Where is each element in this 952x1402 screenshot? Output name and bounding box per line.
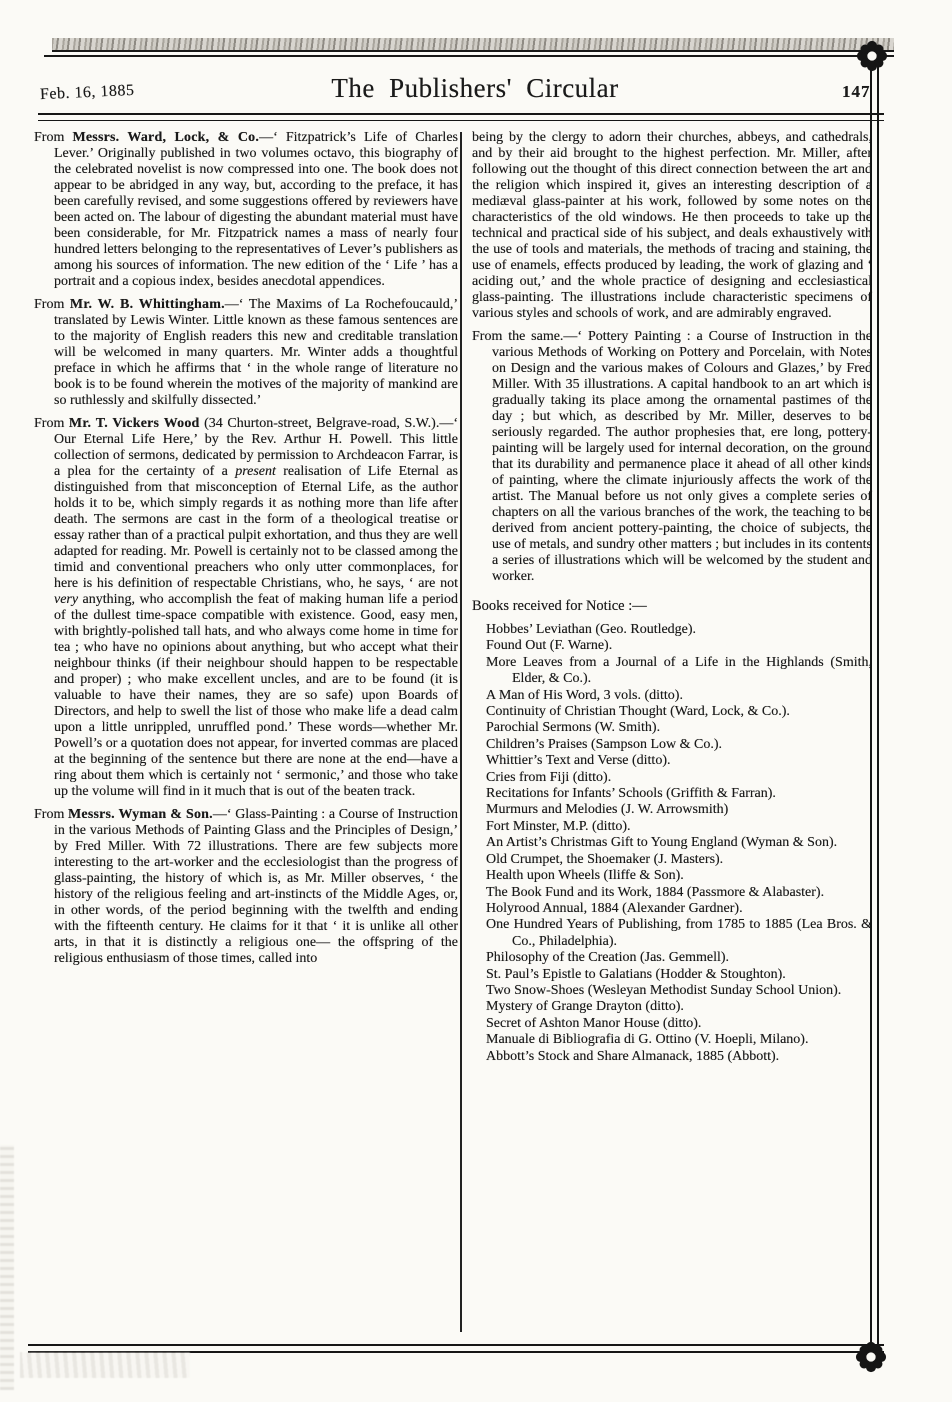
scan-noise	[0, 1145, 14, 1390]
book-list-item: Fort Minster, M.P. (ditto).	[486, 819, 872, 835]
book-list-item: Murmurs and Melodies (J. W. Arrowsmith)	[486, 802, 872, 818]
book-list-item: Health upon Wheels (Iliffe & Son).	[486, 868, 872, 884]
book-list-item: The Book Fund and its Work, 1884 (Passmo…	[486, 885, 872, 901]
book-list-item: Found Out (F. Warne).	[486, 638, 872, 654]
publisher-name: Mr. T. Vickers Wood	[69, 416, 200, 431]
book-list-item: Whittier’s Text and Verse (ditto).	[486, 753, 872, 769]
notice-body: —‘ Glass-Painting : a Course of Instruct…	[54, 807, 458, 966]
book-list-item: Philosophy of the Creation (Jas. Gemmell…	[486, 950, 872, 966]
publisher-name: Messrs. Wyman & Son.	[68, 807, 213, 822]
notice-lead: From	[34, 416, 69, 431]
issue-date: Feb. 16, 1885	[40, 82, 135, 104]
header-rule	[38, 113, 884, 121]
notice-paragraph: From the same.—‘ Pottery Painting : a Co…	[472, 329, 872, 585]
notice-body: —‘ Fitzpatrick’s Life of Charles Lever.’…	[54, 130, 458, 289]
content-columns: From Messrs. Ward, Lock, & Co.—‘ Fitzpat…	[34, 130, 872, 1336]
book-list-item: An Artist’s Christmas Gift to Young Engl…	[486, 835, 872, 851]
publisher-name: Messrs. Ward, Lock, & Co.	[72, 130, 259, 145]
books-list: Hobbes’ Leviathan (Geo. Routledge).Found…	[472, 622, 872, 1065]
book-list-item: Hobbes’ Leviathan (Geo. Routledge).	[486, 622, 872, 638]
notice-lead: From	[34, 130, 72, 145]
book-list-item: Holyrood Annual, 1884 (Alexander Gardner…	[486, 901, 872, 917]
book-list-item: Old Crumpet, the Shoemaker (J. Masters).	[486, 852, 872, 868]
book-list-item: Abbott’s Stock and Share Almanack, 1885 …	[486, 1049, 872, 1065]
notice-paragraph: From Mr. W. B. Whittingham.—‘ The Maxims…	[34, 297, 458, 409]
rosette-icon	[856, 40, 888, 72]
book-list-item: Children’s Praises (Sampson Low & Co.).	[486, 737, 872, 753]
notice-paragraph: From Messrs. Wyman & Son.—‘ Glass-Painti…	[34, 807, 458, 967]
notice-body: —‘ Pottery Painting : a Course of Instru…	[492, 329, 872, 584]
notice-paragraph: From Messrs. Ward, Lock, & Co.—‘ Fitzpat…	[34, 130, 458, 290]
book-list-item: Parochial Sermons (W. Smith).	[486, 720, 872, 736]
book-list-item: Two Snow-Shoes (Wesleyan Methodist Sunda…	[486, 983, 872, 999]
book-list-item: St. Paul’s Epistle to Galatians (Hodder …	[486, 967, 872, 983]
column-divider-rule	[460, 132, 462, 1332]
book-list-item: More Leaves from a Journal of a Life in …	[486, 655, 872, 688]
book-list-item: Mystery of Grange Drayton (ditto).	[486, 999, 872, 1015]
notice-lead: From the same.	[472, 329, 563, 344]
top-border-ornament	[52, 38, 894, 52]
italic-word: very	[54, 592, 78, 607]
notice-paragraph: From Mr. T. Vickers Wood (34 Churton-str…	[34, 416, 458, 800]
notice-body: —‘ The Maxims of La Rochefoucauld,’ tran…	[54, 297, 458, 408]
scanned-page: Feb. 16, 1885 The Publishers' Circular 1…	[0, 0, 952, 1402]
book-list-item: Secret of Ashton Manor House (ditto).	[486, 1016, 872, 1032]
italic-word: present	[235, 464, 276, 479]
book-list-item: One Hundred Years of Publishing, from 17…	[486, 917, 872, 950]
books-received-heading: Books received for Notice :—	[472, 598, 872, 615]
page-number: 147	[842, 82, 871, 102]
scan-noise	[20, 1352, 190, 1378]
book-list-item: Recitations for Infants’ Schools (Griffi…	[486, 786, 872, 802]
book-list-item: Continuity of Christian Thought (Ward, L…	[486, 704, 872, 720]
book-list-item: Manuale di Bibliografia di G. Ottino (V.…	[486, 1032, 872, 1048]
notice-lead: From	[34, 807, 68, 822]
right-column: being by the clergy to adorn their churc…	[472, 130, 872, 1336]
page-title: The Publishers' Circular	[150, 73, 800, 104]
book-list-item: Cries from Fiji (ditto).	[486, 770, 872, 786]
left-column: From Messrs. Ward, Lock, & Co.—‘ Fitzpat…	[34, 130, 458, 1336]
notice-lead: From	[34, 297, 70, 312]
notice-body: anything, who accomplish the feat of mak…	[54, 592, 458, 799]
rosette-icon	[855, 1341, 887, 1373]
notice-continuation: being by the clergy to adorn their churc…	[472, 130, 872, 322]
book-list-item: A Man of His Word, 3 vols. (ditto).	[486, 688, 872, 704]
publisher-name: Mr. W. B. Whittingham.	[70, 297, 225, 312]
notice-body: realisation of Life Eternal as distingui…	[54, 464, 458, 591]
